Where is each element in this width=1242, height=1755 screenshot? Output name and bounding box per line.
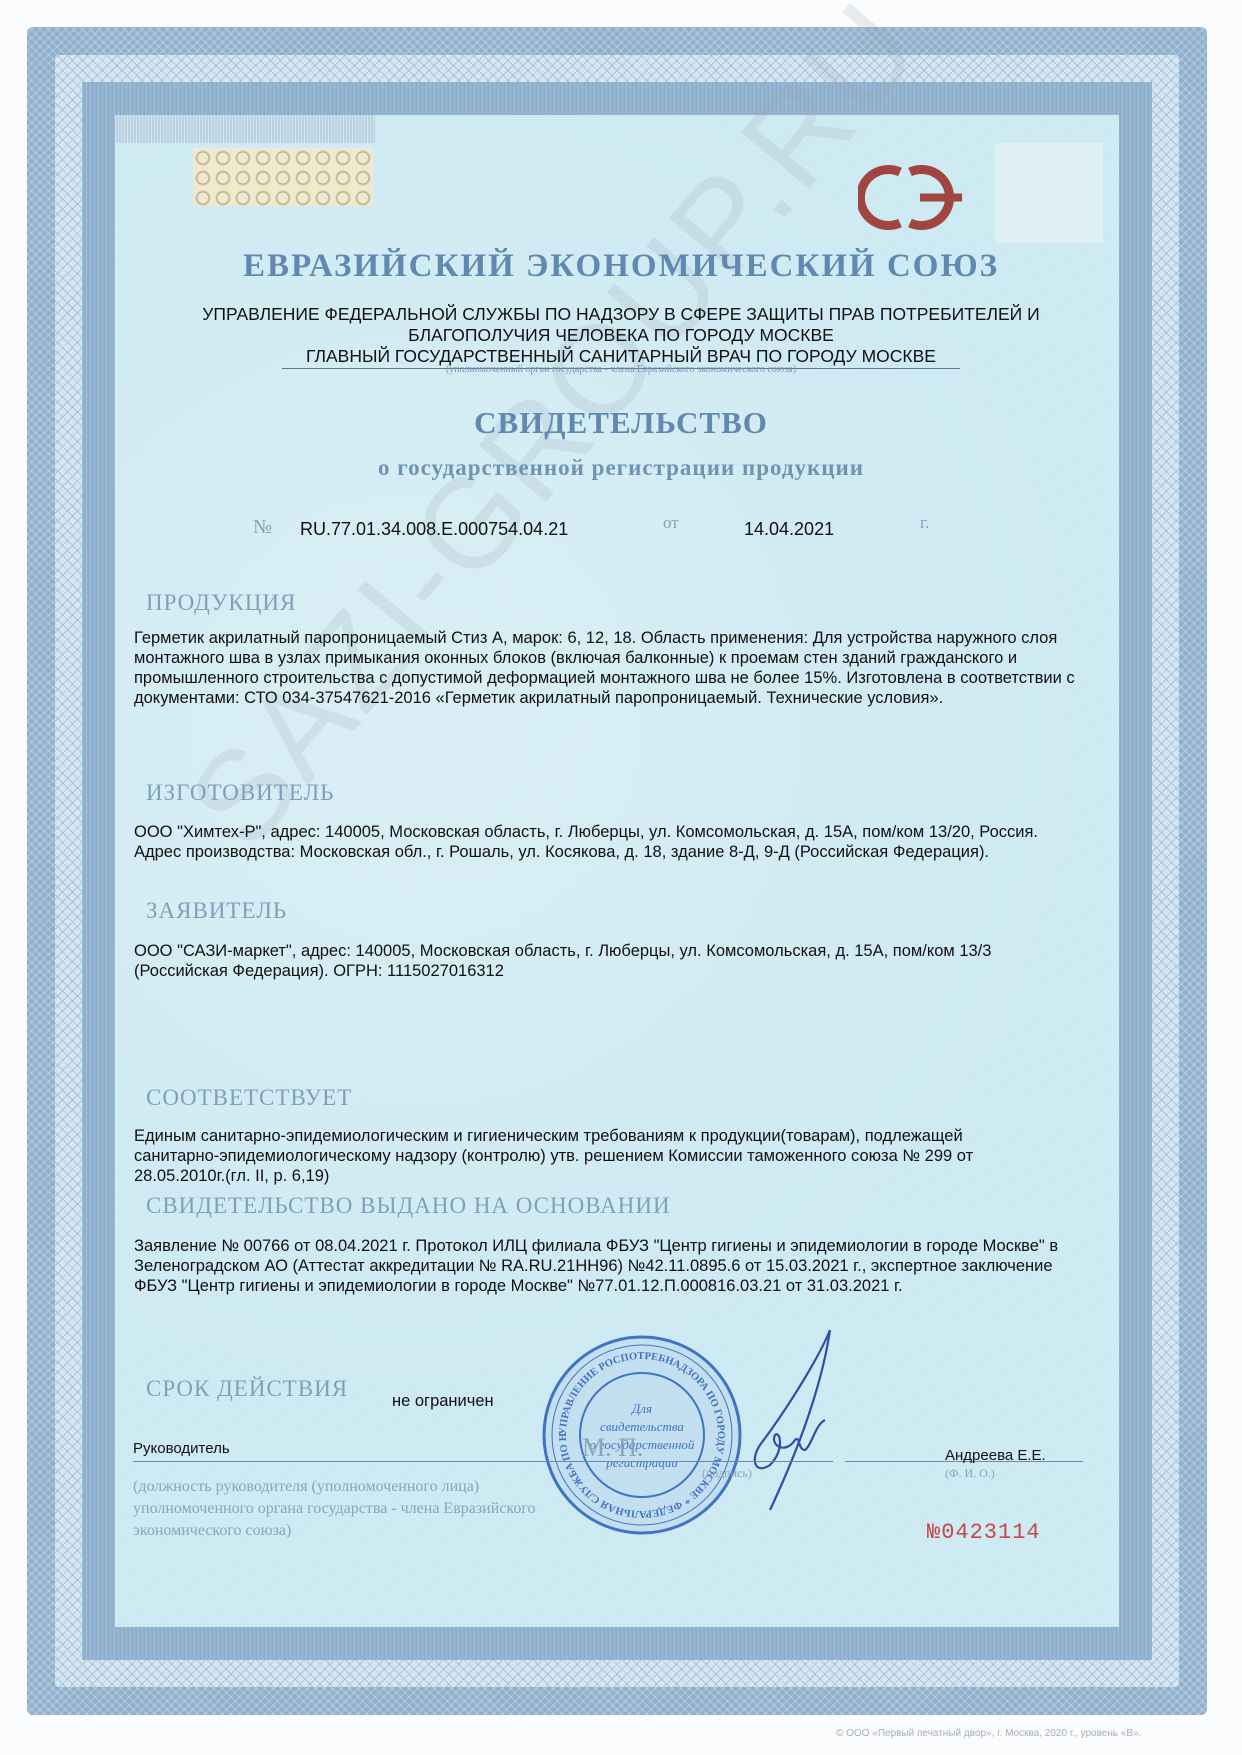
date-label: от [663, 512, 679, 533]
conformity-heading: СООТВЕТСТВУЕТ [146, 1085, 352, 1111]
union-title: ЕВРАЗИЙСКИЙ ЭКОНОМИЧЕСКИЙ СОЮЗ [0, 248, 1242, 285]
name-caption: (Ф. И. О.) [945, 1466, 995, 1481]
applicant-heading: ЗАЯВИТЕЛЬ [146, 898, 287, 924]
certificate-subtitle: о государственной регистрации продукции [0, 455, 1242, 481]
manufacturer-heading: ИЗГОТОВИТЕЛЬ [146, 780, 334, 806]
signature-icon [730, 1325, 840, 1515]
svg-text:свидетельства: свидетельства [600, 1419, 684, 1434]
basis-heading: СВИДЕТЕЛЬСТВО ВЫДАНО НА ОСНОВАНИИ [146, 1193, 671, 1219]
svg-text:Для: Для [630, 1401, 652, 1416]
authority-line-2: БЛАГОПОЛУЧИЯ ЧЕЛОВЕКА ПО ГОРОДУ МОСКВЕ [0, 325, 1242, 346]
signature-caption: (подпись) [702, 1466, 752, 1481]
certificate-title: СВИДЕТЕЛЬСТВО [0, 405, 1242, 441]
seal-label: М. П. [582, 1433, 643, 1463]
product-text: Герметик акрилатный паропроницаемый Стиз… [134, 628, 1084, 708]
basis-text: Заявление № 00766 от 08.04.2021 г. Прото… [134, 1236, 1069, 1296]
authority-name: УПРАВЛЕНИЕ ФЕДЕРАЛЬНОЙ СЛУЖБЫ ПО НАДЗОРУ… [0, 304, 1242, 369]
hologram-icon [193, 148, 373, 206]
blank-field [995, 143, 1103, 243]
authority-line-1: УПРАВЛЕНИЕ ФЕДЕРАЛЬНОЙ СЛУЖБЫ ПО НАДЗОРУ… [0, 304, 1242, 325]
year-suffix: г. [920, 512, 929, 533]
validity-value: не ограничен [392, 1392, 494, 1411]
signatory-name: Андреева Е.Е. [945, 1447, 1046, 1464]
authority-note: (уполномоченный орган государства - член… [0, 364, 1242, 375]
product-heading: ПРОДУКЦИЯ [146, 590, 296, 616]
number-label: № [253, 516, 272, 539]
printer-footer: © ООО «Первый печатный двор», г. Москва,… [836, 1728, 1141, 1739]
microtext-strip [115, 115, 375, 143]
position-caption: (должность руководителя (уполномоченного… [133, 1476, 573, 1542]
eac-se-logo-icon [858, 160, 968, 235]
conformity-text: Единым санитарно-эпидемиологическим и ги… [134, 1126, 974, 1186]
validity-heading: СРОК ДЕЙСТВИЯ [146, 1376, 348, 1402]
signatory-position: Руководитель [133, 1440, 230, 1457]
applicant-text: ООО "САЗИ-маркет", адрес: 140005, Москов… [134, 941, 1084, 981]
certificate-date: 14.04.2021 [744, 519, 834, 540]
form-serial-number: №0423114 [927, 1520, 1041, 1545]
manufacturer-text: ООО "Химтех-Р", адрес: 140005, Московска… [134, 822, 1084, 862]
certificate-number: RU.77.01.34.008.E.000754.04.21 [300, 519, 568, 540]
signature-line [133, 1461, 833, 1462]
